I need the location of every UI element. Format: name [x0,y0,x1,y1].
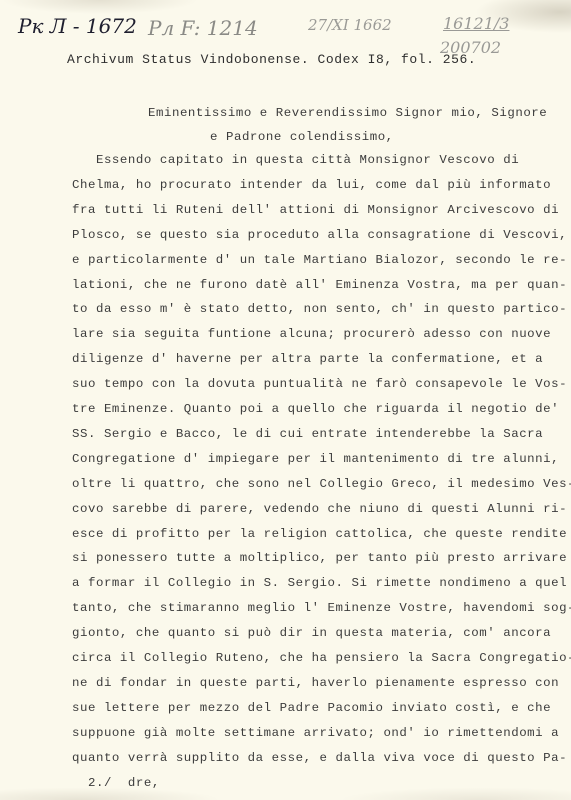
body-line: esce di profitto per la religion cattoli… [72,527,567,541]
salutation-line: e Padrone colendissimo, [210,130,394,144]
handwritten-archive-number: Pк Л - 1672 [18,14,137,38]
body-line: quanto verrà supplito da esse, e dalla v… [72,751,567,765]
body-line: a formar il Collegio in S. Sergio. Si ri… [72,576,567,590]
body-line: fra tutti li Ruteni dell' attioni di Mon… [72,203,559,217]
salutation-line: Eminentissimo e Reverendissimo Signor mi… [148,106,547,120]
body-line: si ponessero tutte a moltiplico, per tan… [72,551,567,565]
body-line: Plosco, se questo sia proceduto alla con… [72,228,567,242]
body-line: 2./ dre, [72,776,160,790]
body-line: lare sia seguita funtione alcuna; procur… [72,327,551,341]
archive-header: Archivum Status Vindobonense. Codex I8, … [67,52,476,67]
body-line: SS. Sergio e Bacco, le di cui entrate in… [72,427,543,441]
body-line: e particolarmente d' un tale Martiano Bi… [72,253,567,267]
body-line: gionto, che quanto si può dir in questa … [72,626,551,640]
handwritten-date: 27/XI 1662 [308,16,392,34]
body-line: sue lettere per mezzo del Padre Pacomio … [72,701,551,715]
body-line: tanto, che stimaranno meglio l' Eminenze… [72,601,571,615]
body-line: diligenze d' haverne per altra parte la … [72,352,543,366]
handwritten-reference: Pл F: 1214 [148,16,258,40]
body-line: covo sarebbe di parere, vedendo che niun… [72,502,567,516]
body-line: oltre li quattro, che sono nel Collegio … [72,477,571,491]
handwritten-catalog-number: 16121/3 [443,14,509,33]
body-line: ne di fondar in queste parti, haverlo pi… [72,676,559,690]
body-line: circa il Collegio Ruteno, che ha pensier… [72,651,571,665]
body-line: tre Eminenze. Quanto poi a quello che ri… [72,402,559,416]
body-line: lationi, che ne furono datè all' Eminenz… [72,278,567,292]
body-line: Chelma, ho procurato intender da lui, co… [72,178,551,192]
body-line: suo tempo con la dovuta puntualità ne fa… [72,377,567,391]
body-line: to da esso m' è stato detto, non sento, … [72,302,567,316]
body-line: Congregatione d' impiegare per il manten… [72,452,559,466]
body-line: Essendo capitato in questa città Monsign… [72,153,519,167]
body-line: suppuone già molte settimane arrivato; o… [72,726,559,740]
